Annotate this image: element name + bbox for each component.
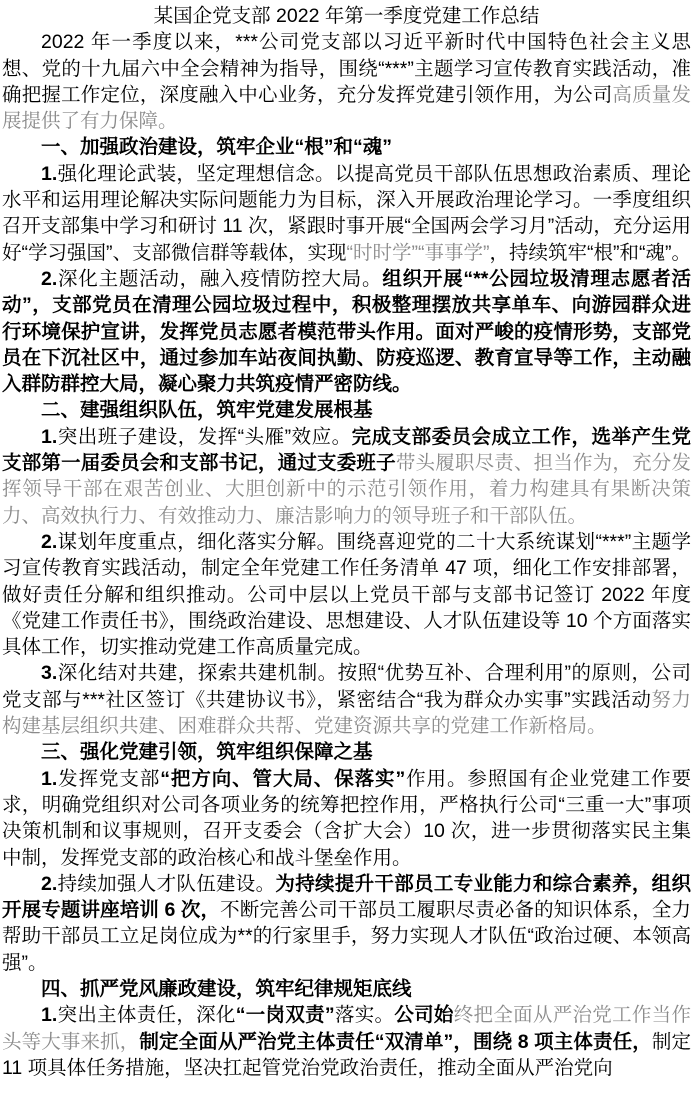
- body-paragraph: 1.突出主体责任，深化“一岗双责”落实。公司始终把全面从严治党工作当作头等大事来…: [2, 1002, 691, 1081]
- body-paragraph: 2022 年一季度以来，***公司党支部以习近平新时代中国特色社会主义思想、党的…: [2, 29, 691, 134]
- text-run: 四、抓严党风廉政建设，筑牢纪律规矩底线: [41, 978, 412, 1000]
- text-run: ，持续筑牢“根”和“魂”。: [489, 242, 690, 264]
- text-run: 2022 年一季度以来，***公司党支部以习近平新时代中国特色社会主义思想、党的…: [2, 31, 691, 106]
- section-heading: 三、强化党建引领，筑牢组织保障之基: [2, 739, 691, 765]
- text-run: 深化主题活动，融入疫情防控大局。: [57, 268, 382, 290]
- text-run: 2.: [41, 268, 57, 290]
- body-paragraph: 3.深化结对共建，探索共建机制。按照“优势互补、合理利用”的原则，公司党支部与*…: [2, 660, 691, 739]
- document-body: 2022 年一季度以来，***公司党支部以习近平新时代中国特色社会主义思想、党的…: [2, 29, 691, 1081]
- text-run: 1.: [41, 768, 57, 790]
- text-run: 1.: [41, 163, 57, 185]
- body-paragraph: 1.强化理论武装，坚定理想信念。以提高党员干部队伍思想政治素质、理论水平和运用理…: [2, 161, 691, 266]
- body-paragraph: 1.发挥党支部“把方向、管大局、保落实”作用。参照国有企业党建工作要求，明确党组…: [2, 766, 691, 871]
- text-run: 公司始: [394, 1004, 453, 1026]
- text-run: 制定全面从严治党主体责任“双清单”，围绕 8 项主体责任，: [139, 1031, 652, 1053]
- text-run: 一、加强政治建设，筑牢企业“根”和“魂”: [41, 136, 392, 158]
- text-run: 二、建强组织队伍，筑牢党建发展根基: [41, 399, 373, 421]
- text-run: 三、强化党建引领，筑牢组织保障之基: [41, 741, 373, 763]
- text-run: “一岗双责”: [236, 1004, 335, 1026]
- document-title: 某国企党支部 2022 年第一季度党建工作总结: [2, 3, 691, 29]
- text-run: 持续加强人才队伍建设。: [57, 873, 275, 895]
- body-paragraph: 2.谋划年度重点，细化落实分解。围绕喜迎党的二十大系统谋划“***”主题学习宣传…: [2, 529, 691, 660]
- section-heading: 四、抓严党风廉政建设，筑牢纪律规矩底线: [2, 976, 691, 1002]
- text-run: 突出主体责任，深化: [57, 1004, 235, 1026]
- section-heading: 一、加强政治建设，筑牢企业“根”和“魂”: [2, 134, 691, 160]
- text-run: 发挥党支部: [57, 768, 160, 790]
- text-run: 落实。: [335, 1004, 395, 1026]
- text-run: 深化结对共建，探索共建机制。按照“优势互补、合理利用”的原则，公司党支部与***…: [2, 662, 691, 710]
- section-heading: 二、建强组织队伍，筑牢党建发展根基: [2, 397, 691, 423]
- body-paragraph: 1.突出班子建设，发挥“头雁”效应。完成支部委员会成立工作，选举产生党支部第一届…: [2, 424, 691, 529]
- text-run: 谋划年度重点，细化落实分解。围绕喜迎党的二十大系统谋划“***”主题学习宣传教育…: [2, 531, 691, 658]
- body-paragraph: 2.深化主题活动，融入疫情防控大局。组织开展“**公园垃圾清理志愿者活动”，支部…: [2, 266, 691, 397]
- text-run: “时时学”“事事学”: [347, 242, 490, 264]
- document-page: 某国企党支部 2022 年第一季度党建工作总结 2022 年一季度以来，***公…: [0, 0, 693, 1081]
- body-paragraph: 2.持续加强人才队伍建设。为持续提升干部员工专业能力和综合素养，组织开展专题讲座…: [2, 871, 691, 976]
- text-run: 突出班子建设，发挥“头雁”效应。: [57, 426, 351, 448]
- text-run: 2.: [41, 873, 57, 895]
- text-run: “把方向、管大局、保落实”: [160, 768, 405, 790]
- text-run: 1.: [41, 1004, 57, 1026]
- text-run: 2.: [41, 531, 57, 553]
- text-run: 1.: [41, 426, 57, 448]
- text-run: 3.: [41, 662, 57, 684]
